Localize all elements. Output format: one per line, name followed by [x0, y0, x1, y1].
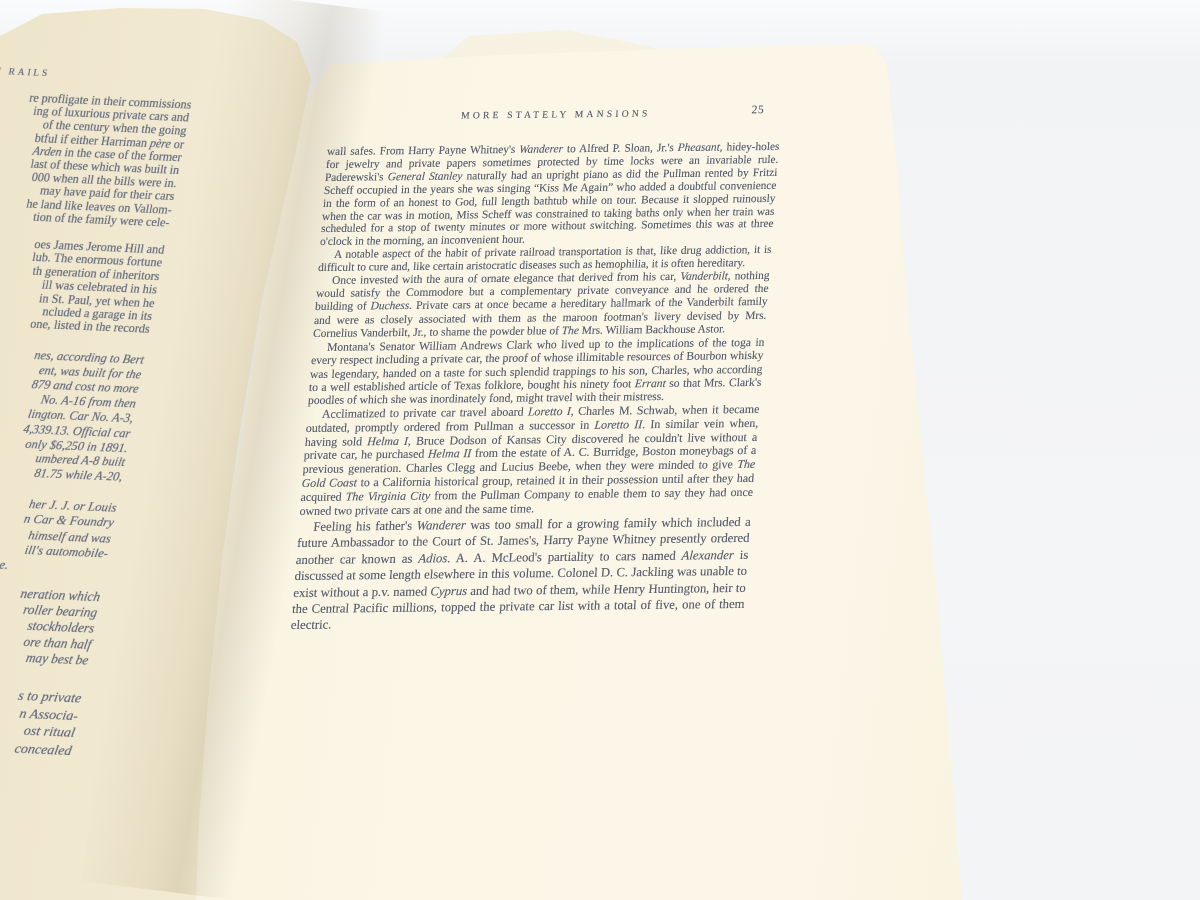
left-paragraph: neration whichroller bearingstockholders… — [0, 572, 102, 669]
text-segment: s to private — [17, 689, 83, 707]
italic-text-segment: Helma II — [427, 447, 471, 461]
italic-text-segment: Errant — [634, 377, 666, 390]
right-paragraph: Montana's Senator William Andrews Clark … — [307, 336, 765, 408]
left-text-line: s to private — [0, 673, 83, 708]
right-paragraph: Feeling his father's Wanderer was too sm… — [290, 514, 751, 634]
italic-text-segment: Duchess — [370, 300, 410, 312]
italic-text-segment: General Stanley — [387, 170, 462, 183]
right-paragraph: Once invested with the aura of ornate el… — [313, 270, 770, 341]
left-paragraph: her J. J. or Louisn Car & Foundryhimself… — [0, 483, 118, 577]
italic-text-segment: The Virginia City — [345, 489, 430, 504]
text-segment: 81.75 while A-20, — [33, 466, 123, 484]
text-segment: stockholders — [26, 618, 95, 636]
italic-text-segment: Vanderbilt — [680, 271, 728, 284]
text-segment: e. — [0, 557, 10, 571]
text-segment: roller bearing — [22, 602, 99, 620]
text-segment: wall safes. From Harry Payne Whitney's — [326, 144, 519, 158]
text-segment: ost ritual — [22, 724, 76, 741]
page-number: 25 — [751, 104, 764, 116]
left-paragraph: oes James Jerome Hill andlub. The enormo… — [0, 226, 166, 337]
italic-text-segment: Wanderer — [519, 143, 564, 155]
text-segment: . A. A. McLeod's partiality to cars name… — [447, 548, 682, 565]
text-segment: ill's automobile- — [23, 543, 109, 561]
right-page-paragraphs: wall safes. From Harry Payne Whitney's W… — [290, 141, 780, 634]
text-segment: Mrs. William Backhouse Astor. — [578, 323, 725, 337]
italic-text-segment: Wanderer — [416, 518, 466, 533]
text-segment: may best be — [25, 650, 90, 668]
text-segment: to Alfred P. Sloan, Jr.'s — [563, 142, 679, 155]
right-paragraph: Acclimatized to private car travel aboar… — [299, 403, 760, 519]
italic-text-segment: Helma I — [367, 433, 409, 447]
italic-text-segment: Cyprus — [430, 584, 468, 598]
left-text-line: neration which — [0, 572, 102, 605]
left-running-head: N RAILS — [0, 58, 51, 80]
text-segment: Feeling his father's — [313, 519, 417, 534]
italic-text-segment: Loretto I — [527, 404, 571, 418]
italic-text-segment: Adios — [418, 551, 448, 565]
text-segment: ore than half — [22, 634, 92, 652]
italic-text-segment: The — [561, 325, 579, 337]
italic-text-segment: Alexander — [681, 548, 734, 563]
text-segment: n Associa- — [18, 706, 79, 723]
open-book-photo: N RAILS re profligate in their commissio… — [0, 0, 1200, 900]
left-paragraph: s to privaten Associa-ost ritualconceale… — [0, 673, 83, 760]
left-paragraph: re profligate in their commissionsing of… — [0, 81, 192, 230]
italic-text-segment: Loretto II — [594, 417, 643, 432]
text-segment: concealed — [13, 741, 72, 758]
text-segment: A notable aspect of the habit of private… — [318, 244, 772, 274]
left-paragraph: nes, according to Bertent, was built for… — [0, 335, 145, 485]
right-page-text: MORE STATELY MANSIONS 25 wall safes. Fro… — [290, 107, 782, 634]
italic-text-segment: Pheasant — [677, 142, 720, 154]
right-paragraph: wall safes. From Harry Payne Whitney's W… — [320, 141, 780, 249]
